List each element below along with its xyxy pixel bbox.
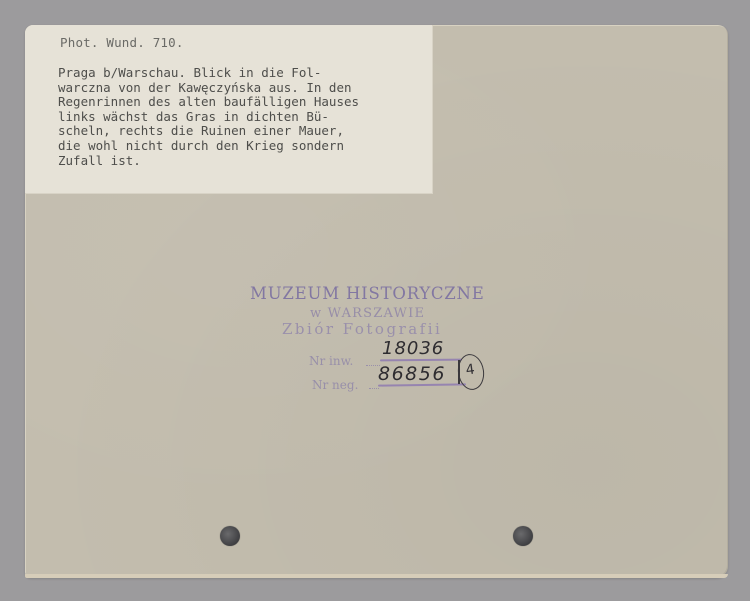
card-bottom-edge [25,574,728,578]
photo-description: Praga b/Warschau. Blick in die Fol- warc… [58,66,430,168]
punch-hole-left [220,526,240,546]
description-line: warczna von der Kawęczyńska aus. In den [58,80,352,95]
stamp-institution: MUZEUM HISTORYCZNE [250,284,485,303]
description-line: die wohl nicht durch den Krieg sondern [58,138,344,153]
photo-reference: Phot. Wund. 710. [60,35,184,50]
negative-dotted-line [369,388,379,389]
description-line: links wächst das Gras in dichten Bü- [58,109,329,124]
negative-number: 86856 [378,363,446,385]
inventory-number: 18036 [382,338,444,359]
description-line: Regenrinnen des alten baufälligen Hauses [58,94,359,109]
description-line: scheln, rechts die Ruinen einer Mauer, [58,123,344,138]
stamp-collection: Zbiór Fotografii [282,320,442,338]
stamp-city: w WARSZAWIE [310,306,425,321]
punch-hole-right [513,526,533,546]
description-line: Praga b/Warschau. Blick in die Fol- [58,65,321,80]
typed-label: Phot. Wund. 710. Praga b/Warschau. Blick… [25,25,432,193]
circled-mark-number: 4 [465,362,476,379]
negative-label: Nr neg. [312,378,358,392]
description-line: Zufall ist. [58,153,141,168]
inventory-label: Nr inw. [309,354,353,368]
